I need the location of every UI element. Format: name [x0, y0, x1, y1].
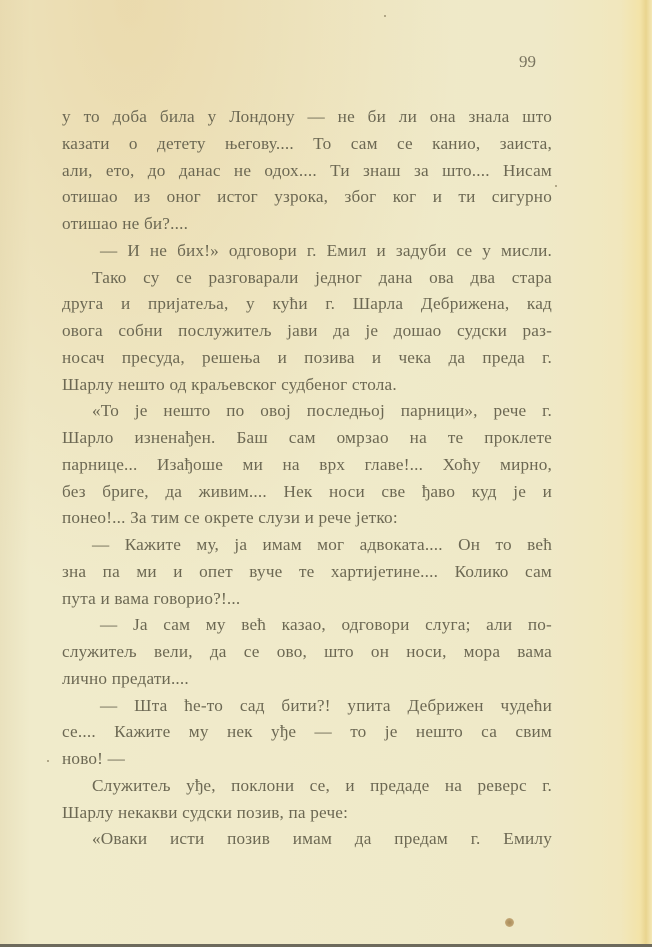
text-line: служитељ вели, да се ово, што он носи, м… — [62, 642, 552, 662]
text-line: лично предати.... — [62, 669, 552, 689]
text-line: Шарлу некакви судски позив, па рече: — [62, 803, 552, 823]
text-line: али, ето, до данас не одох.... Ти знаш з… — [62, 161, 552, 181]
text-line: носач пресуда, решења и позива и чека да… — [62, 348, 552, 368]
text-line: «Оваки исти позив имам да предам г. Емил… — [92, 829, 552, 849]
text-line: отишао не би?.... — [62, 214, 552, 234]
text-line: — Ја сам му већ казао, одговори слуга; а… — [100, 615, 552, 635]
text-line: отишао из оног истог узрока, због ког и … — [62, 187, 552, 207]
text-line: Шарлу нешто од краљевског судбеног стола… — [62, 375, 552, 395]
paper-speck — [47, 760, 49, 762]
text-line: Шарло изненађен. Баш сам омрзао на те пр… — [62, 428, 552, 448]
text-line: казати о детету његову.... То сам се кан… — [62, 134, 552, 154]
text-line: Тако су се разговарали једног дана ова д… — [92, 268, 552, 288]
text-line: Служитељ уђе, поклони се, и предаде на р… — [92, 776, 552, 796]
text-line: — И не бих!» одговори г. Емил и задуби с… — [100, 241, 552, 261]
text-line: се.... Кажите му нек уђе — то је нешто с… — [62, 722, 552, 742]
page-number: 99 — [519, 52, 536, 72]
text-line: овога собни послужитељ јави да је дошао … — [62, 321, 552, 341]
paper-speck — [384, 15, 386, 17]
paper-stain — [505, 918, 514, 927]
text-line: «То је нешто по овој последњој парници»,… — [92, 401, 552, 421]
text-line: — Шта ће-то сад бити?! упита Дебрижен чу… — [100, 696, 552, 716]
text-line: понео!... За тим се окрете слузи и рече … — [62, 508, 552, 528]
book-page: 99 у то доба била у Лондону — не би ли о… — [0, 0, 652, 947]
paper-speck — [555, 185, 557, 187]
text-line: у то доба била у Лондону — не би ли она … — [62, 107, 552, 127]
text-line: друга и пријатеља, у кући г. Шарла Дебри… — [62, 294, 552, 314]
text-line: пута и вама говорио?!... — [62, 589, 552, 609]
text-line: зна па ми и опет вуче те хартијетине....… — [62, 562, 552, 582]
text-line: без бриге, да живим.... Нек носи све ђав… — [62, 482, 552, 502]
text-line: парнице... Изађоше ми на врх главе!... Х… — [62, 455, 552, 475]
text-line: ново! — — [62, 749, 552, 769]
text-line: — Кажите му, ја имам мог адвоката.... Он… — [92, 535, 552, 555]
